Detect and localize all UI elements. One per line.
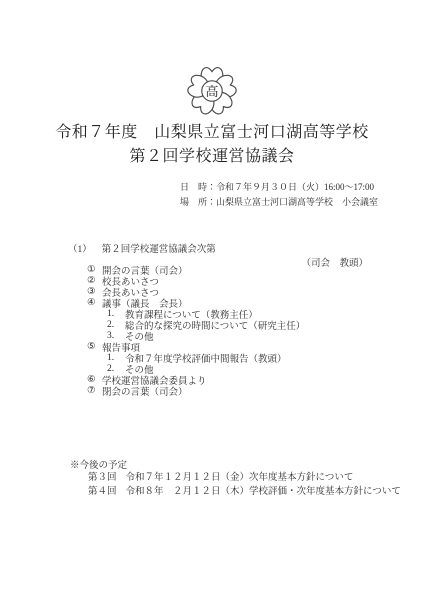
subitem-marker: 1. xyxy=(107,309,125,319)
schedule-text: 令和７年１２月１２日（金）次年度基本方針について xyxy=(126,473,354,483)
item-marker: ② xyxy=(87,275,102,286)
item-marker: ⑥ xyxy=(87,374,102,385)
item-text: 閉会の言葉（司会） xyxy=(102,384,188,398)
document-page: 高 令和７年度 山梨県立富士河口湖高等学校 第２回学校運営協議会 日 時：令和７… xyxy=(0,0,424,600)
schedule-text: 令和８年 ２月１２日（木）学校評価・次年度基本方針について xyxy=(126,487,401,497)
moderator-note: （司会 教頭） xyxy=(301,255,368,269)
agenda-section-title: 第２回学校運営協議会次第 xyxy=(102,245,216,255)
agenda-list: ① 開会の言葉（司会） ② 校長あいさつ ③ 会長あいさつ ④ 議事（議長 会長… xyxy=(87,264,305,396)
subitem-marker: 1. xyxy=(107,353,125,363)
schedule-row: 第４回令和８年 ２月１２日（木）学校評価・次年度基本方針について xyxy=(88,485,401,499)
datetime-value: 令和７年９月３０日（火）16:00～17:00 xyxy=(216,182,374,192)
schedule-round: 第３回 xyxy=(88,471,117,485)
upcoming-schedule-heading: ※今後の予定 xyxy=(70,457,127,471)
item-marker: ④ xyxy=(87,297,102,308)
agenda-section-number: （1） xyxy=(68,245,92,255)
item-marker: ③ xyxy=(87,286,102,297)
agenda-item: ⑦ 閉会の言葉（司会） xyxy=(87,385,305,396)
crest-kanji: 高 xyxy=(205,84,218,99)
schedule-row: 第３回令和７年１２月１２日（金）次年度基本方針について xyxy=(88,471,401,485)
meeting-place: 場 所：山梨県立富士河口湖高等学校 小会議室 xyxy=(180,195,378,210)
item-marker: ⑤ xyxy=(87,341,102,352)
schedule-round: 第４回 xyxy=(88,485,117,499)
school-crest-icon: 高 xyxy=(187,66,237,116)
meeting-meta: 日 時：令和７年９月３０日（火）16:00～17:00 場 所：山梨県立富士河口… xyxy=(180,180,378,210)
place-value: 山梨県立富士河口湖高等学校 小会議室 xyxy=(216,197,378,207)
meeting-datetime: 日 時：令和７年９月３０日（火）16:00～17:00 xyxy=(180,180,378,195)
document-title-line2: 第２回学校運営協議会 xyxy=(0,143,424,166)
document-title-line1: 令和７年度 山梨県立富士河口湖高等学校 xyxy=(0,119,424,142)
agenda-section-header: （1）第２回学校運営協議会次第 xyxy=(68,241,216,255)
item-marker: ⑦ xyxy=(87,385,102,396)
upcoming-schedule-list: 第３回令和７年１２月１２日（金）次年度基本方針について 第４回令和８年 ２月１２… xyxy=(88,471,401,499)
item-marker: ① xyxy=(87,264,102,275)
place-label: 場 所： xyxy=(180,197,216,207)
datetime-label: 日 時： xyxy=(180,182,216,192)
subitem-marker: 2. xyxy=(107,320,125,330)
